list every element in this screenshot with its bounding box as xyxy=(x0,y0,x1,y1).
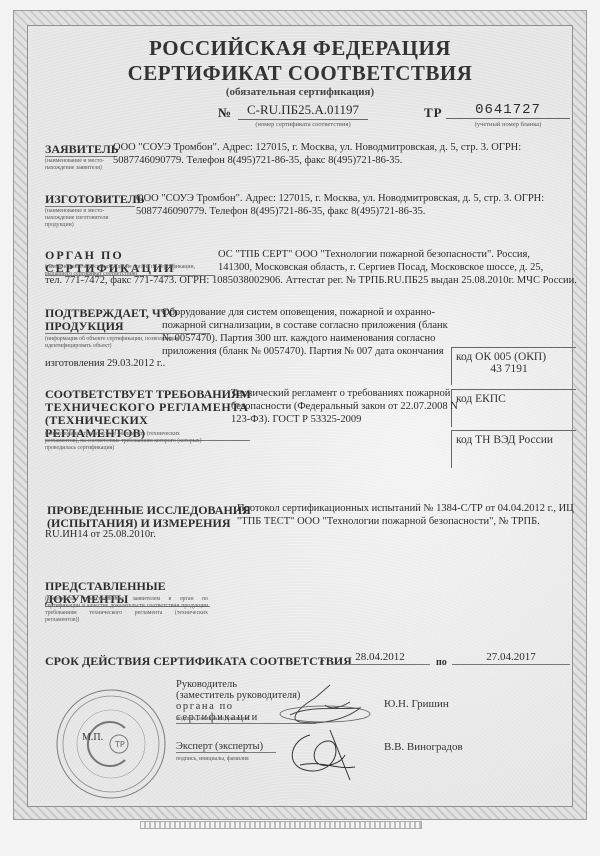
ekps-code-box: код ЕКПС xyxy=(451,389,576,427)
head-label-1: Руководитель xyxy=(176,679,237,690)
certification-body-line-2: 141300, Московская область, г. Сергиев П… xyxy=(218,262,543,275)
applicant-label: ЗАЯВИТЕЛЬ xyxy=(45,143,115,157)
validity-from-label: с xyxy=(320,656,324,669)
ekps-code-label: код ЕКПС xyxy=(456,393,576,405)
manufacturer-line-1: ООО "СОУЭ Тромбон". Адрес: 127015, г. Мо… xyxy=(136,193,544,206)
regulation-line-1: Технический регламент о требованиях пожа… xyxy=(231,388,450,401)
certification-body-line-3: тел. 771-7472, факс 771-7473. ОГРН: 1085… xyxy=(45,275,577,288)
certification-body-line-1: ОС "ТПБ СЕРТ" ООО "Технологии пожарной б… xyxy=(218,249,530,262)
validity-label: СРОК ДЕЙСТВИЯ СЕРТИФИКАТА СООТВЕТСТВИЯ xyxy=(45,655,352,668)
product-line-2: пожарной сигнализации, в составе согласн… xyxy=(162,320,448,333)
head-sign-caption: подпись, инициалы, фамилия xyxy=(176,716,249,722)
validity-to-label: по xyxy=(436,656,447,669)
documents-caption: (документы, представленные заявителем в … xyxy=(45,596,208,624)
certification-stamp-icon: TP xyxy=(55,688,167,800)
validity-to-date: 27.04.2017 xyxy=(452,651,570,665)
tests-line-2: "ТПБ ТЕСТ" ООО "Технологии пожарной безо… xyxy=(237,516,540,529)
applicant-caption: (наименование и место-нахождение заявите… xyxy=(45,158,113,172)
head-name: Ю.Н. Гришин xyxy=(384,698,449,710)
tests-line-3: RU.ИН14 от 25.08.2010г. xyxy=(45,529,156,542)
product-line-1: Оборудование для систем оповещения, пожа… xyxy=(162,307,435,320)
certificate-subtitle: (обязательная сертификация) xyxy=(0,86,600,98)
okp-code-box: код ОК 005 (ОКП) 43 7191 xyxy=(451,347,576,385)
manufacturer-line-2: 5087746090779. Телефон 8(495)721-86-35, … xyxy=(136,206,425,219)
okp-code-label: код ОК 005 (ОКП) xyxy=(456,351,576,363)
product-line-5: изготовления 29.03.2012 г.. xyxy=(45,358,165,371)
certificate-number: C-RU.ПБ25.A.01197 xyxy=(238,102,368,120)
country-title: РОССИЙСКАЯ ФЕДЕРАЦИЯ xyxy=(0,36,600,61)
tests-line-1: Протокол сертификационных испытаний № 13… xyxy=(237,503,574,516)
manufacturer-caption: (наименование и место-нахождение изготов… xyxy=(45,208,115,229)
stamp-mark: М.П. xyxy=(82,732,103,743)
certificate-number-caption: (номер сертификата соответствия) xyxy=(238,121,368,128)
applicant-line-1: ООО "СОУЭ Тромбон". Адрес: 127015, г. Мо… xyxy=(113,142,521,155)
tnved-code-box: код ТН ВЭД России xyxy=(451,430,576,468)
regulation-caption: (наименование технического регламента (т… xyxy=(45,431,215,452)
expert-label: Эксперт (эксперты) xyxy=(176,741,276,753)
tr-label: ТР xyxy=(424,105,443,121)
svg-text:TP: TP xyxy=(114,740,125,749)
manufacturer-label: ИЗГОТОВИТЕЛЬ xyxy=(45,193,135,207)
blank-number: 0641727 xyxy=(446,102,570,119)
product-line-3: № 0057470). Партия 300 шт. каждого наиме… xyxy=(162,333,435,346)
expert-name: В.В. Виноградов xyxy=(384,741,463,753)
number-sign: № xyxy=(218,105,231,121)
signature-expert-icon xyxy=(280,725,370,785)
product-line-4: приложения (бланк № 0057470). Партия № 0… xyxy=(162,346,444,359)
applicant-line-2: 5087746090779. Телефон 8(495)721-86-35, … xyxy=(113,155,402,168)
regulation-line-3: 123-ФЗ). ГОСТ Р 53325-2009 xyxy=(231,414,361,427)
regulation-line-2: безопасности (Федеральный закон от 22.07… xyxy=(231,401,458,414)
footer-security-strip xyxy=(140,821,422,829)
blank-number-caption: (учетный номер бланка) xyxy=(446,121,570,128)
expert-sign-caption: подпись, инициалы, фамилия xyxy=(176,756,249,762)
okp-code-value: 43 7191 xyxy=(456,363,576,375)
validity-from-date: 28.04.2012 xyxy=(330,651,430,665)
certificate-title: СЕРТИФИКАТ СООТВЕТСТВИЯ xyxy=(0,61,600,86)
tnved-code-label: код ТН ВЭД России xyxy=(456,434,576,446)
